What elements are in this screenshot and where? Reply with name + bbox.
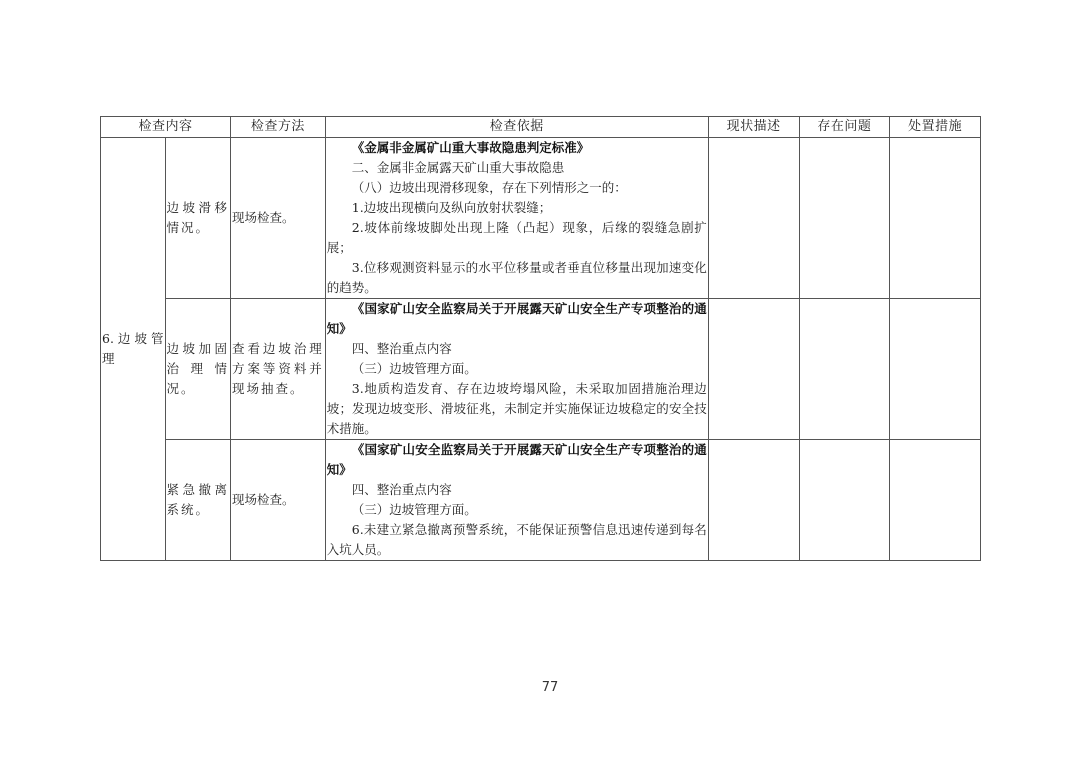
table-header-row: 检查内容 检查方法 检查依据 现状描述 存在问题 处置措施 (101, 117, 981, 138)
basis-cell: 《金属非金属矿山重大事故隐患判定标准》 二、金属非金属露天矿山重大事故隐患 （八… (325, 138, 708, 299)
table-row: 边坡加固治理情况。 查看边坡治理方案等资料并现场抽查。 《国家矿山安全监察局关于… (101, 299, 981, 440)
basis-line: 2.坡体前缘坡脚处出现上隆（凸起）现象，后缘的裂缝急剧扩展； (327, 218, 707, 258)
basis-line: （三）边坡管理方面。 (327, 359, 707, 379)
basis-line: 1.边坡出现横向及纵向放射状裂缝； (327, 198, 707, 218)
status-description-cell[interactable] (708, 440, 799, 561)
basis-line: 3.位移观测资料显示的水平位移量或者垂直位移量出现加速变化的趋势。 (327, 258, 707, 298)
header-status-description: 现状描述 (708, 117, 799, 138)
basis-cell: 《国家矿山安全监察局关于开展露天矿山安全生产专项整治的通知》 四、整治重点内容 … (325, 299, 708, 440)
header-disposal-measures: 处置措施 (890, 117, 981, 138)
existing-problems-cell[interactable] (799, 299, 890, 440)
header-inspection-basis: 检查依据 (325, 117, 708, 138)
basis-line: 二、金属非金属露天矿山重大事故隐患 (327, 158, 707, 178)
basis-title: 《金属非金属矿山重大事故隐患判定标准》 (327, 138, 707, 158)
method-cell: 现场检查。 (231, 138, 326, 299)
basis-line: 3.地质构造发育、存在边坡垮塌风险，未采取加固措施治理边坡；发现边坡变形、滑坡征… (327, 379, 707, 439)
disposal-measures-cell[interactable] (890, 440, 981, 561)
header-existing-problems: 存在问题 (799, 117, 890, 138)
basis-line: 四、整治重点内容 (327, 339, 707, 359)
basis-title: 《国家矿山安全监察局关于开展露天矿山安全生产专项整治的通知》 (327, 440, 707, 480)
basis-line: 6.未建立紧急撤离预警系统，不能保证预警信息迅速传递到每名入坑人员。 (327, 520, 707, 560)
sub-item-cell: 边坡加固治理情况。 (165, 299, 231, 440)
existing-problems-cell[interactable] (799, 138, 890, 299)
method-cell: 查看边坡治理方案等资料并现场抽查。 (231, 299, 326, 440)
basis-line: （三）边坡管理方面。 (327, 500, 707, 520)
status-description-cell[interactable] (708, 138, 799, 299)
sub-item-cell: 边坡滑移情况。 (165, 138, 231, 299)
existing-problems-cell[interactable] (799, 440, 890, 561)
table-row: 紧急撤离系统。 现场检查。 《国家矿山安全监察局关于开展露天矿山安全生产专项整治… (101, 440, 981, 561)
basis-line: （八）边坡出现滑移现象，存在下列情形之一的： (327, 178, 707, 198)
page-number: 77 (0, 680, 1080, 695)
basis-line: 四、整治重点内容 (327, 480, 707, 500)
table-row: 6. 边 坡 管理 边坡滑移情况。 现场检查。 《金属非金属矿山重大事故隐患判定… (101, 138, 981, 299)
method-cell: 现场检查。 (231, 440, 326, 561)
sub-item-cell: 紧急撤离系统。 (165, 440, 231, 561)
basis-cell: 《国家矿山安全监察局关于开展露天矿山安全生产专项整治的通知》 四、整治重点内容 … (325, 440, 708, 561)
header-inspection-content: 检查内容 (101, 117, 231, 138)
disposal-measures-cell[interactable] (890, 138, 981, 299)
basis-title: 《国家矿山安全监察局关于开展露天矿山安全生产专项整治的通知》 (327, 299, 707, 339)
status-description-cell[interactable] (708, 299, 799, 440)
inspection-table: 检查内容 检查方法 检查依据 现状描述 存在问题 处置措施 6. 边 坡 管理 … (100, 116, 981, 561)
category-cell: 6. 边 坡 管理 (101, 138, 166, 561)
disposal-measures-cell[interactable] (890, 299, 981, 440)
header-inspection-method: 检查方法 (231, 117, 326, 138)
